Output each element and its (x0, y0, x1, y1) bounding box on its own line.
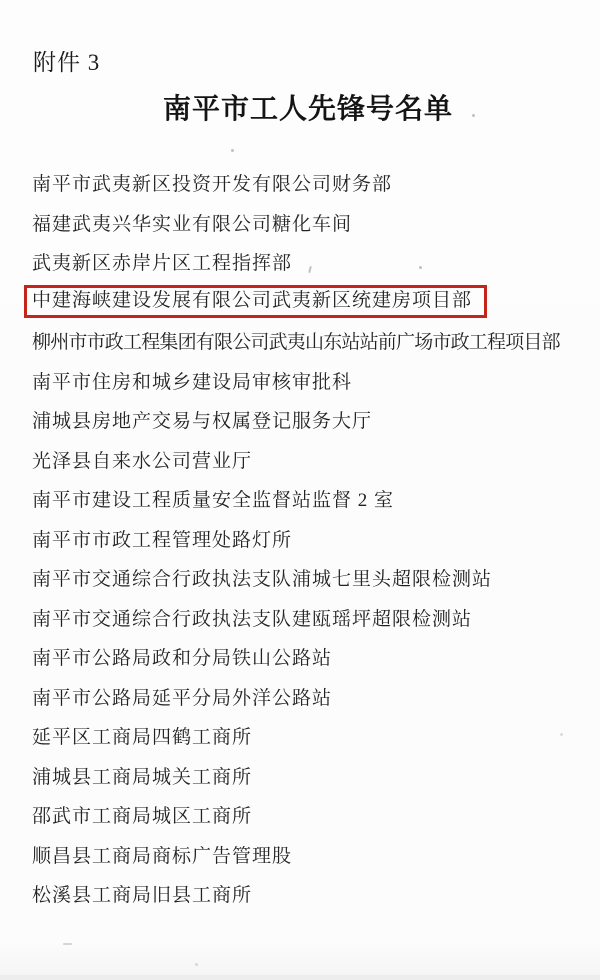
list-item: 邵武市工商局城区工商所 (32, 795, 592, 835)
page-title: 南平市工人先锋号名单 (163, 87, 453, 127)
scan-edge-shadow (0, 975, 600, 980)
list-item: 南平市交通综合行政执法支队浦城七里头超限检测站 (32, 558, 592, 598)
scan-artifact (63, 943, 72, 945)
scan-artifact (560, 733, 563, 736)
scan-artifact (231, 149, 234, 152)
list-item: 南平市市政工程管理处路灯所 (32, 519, 592, 559)
scan-artifact (472, 114, 475, 117)
scanned-document-page: 附件 3 南平市工人先锋号名单 南平市武夷新区投资开发有限公司财务部福建武夷兴华… (0, 0, 600, 980)
list-item: 南平市建设工程质量安全监督站监督 2 室 (32, 479, 592, 519)
list-item: 松溪县工商局旧县工商所 (32, 874, 592, 914)
scan-artifact (195, 963, 198, 966)
list-item: 延平区工商局四鹤工商所 (32, 716, 592, 756)
list-item: 南平市公路局延平分局外洋公路站 (32, 677, 592, 717)
list-item: 浦城县房地产交易与权属登记服务大厅 (32, 400, 592, 440)
list-item: 南平市武夷新区投资开发有限公司财务部 (32, 163, 592, 203)
list-item: 光泽县自来水公司营业厅 (32, 440, 592, 480)
list-item: 浦城县工商局城关工商所 (32, 756, 592, 796)
highlight-box: 中建海峡建设发展有限公司武夷新区统建房项目部 (24, 285, 487, 318)
list-item: 南平市交通综合行政执法支队建瓯瑶坪超限检测站 (32, 598, 592, 638)
list-item: 中建海峡建设发展有限公司武夷新区统建房项目部 (32, 282, 592, 322)
list-item: 柳州市市政工程集团有限公司武夷山东站站前广场市政工程项目部 (32, 321, 592, 361)
list-item: 福建武夷兴华实业有限公司糖化车间 (32, 203, 592, 243)
list-item: 南平市公路局政和分局铁山公路站 (32, 637, 592, 677)
list-item: 南平市住房和城乡建设局审核审批科 (32, 361, 592, 401)
list-item: 顺昌县工商局商标广告管理股 (32, 835, 592, 875)
attachment-label: 附件 3 (33, 44, 100, 77)
scan-artifact (419, 266, 422, 269)
organization-list: 南平市武夷新区投资开发有限公司财务部福建武夷兴华实业有限公司糖化车间武夷新区赤岸… (32, 163, 592, 914)
list-item: 武夷新区赤岸片区工程指挥部 (32, 242, 592, 282)
